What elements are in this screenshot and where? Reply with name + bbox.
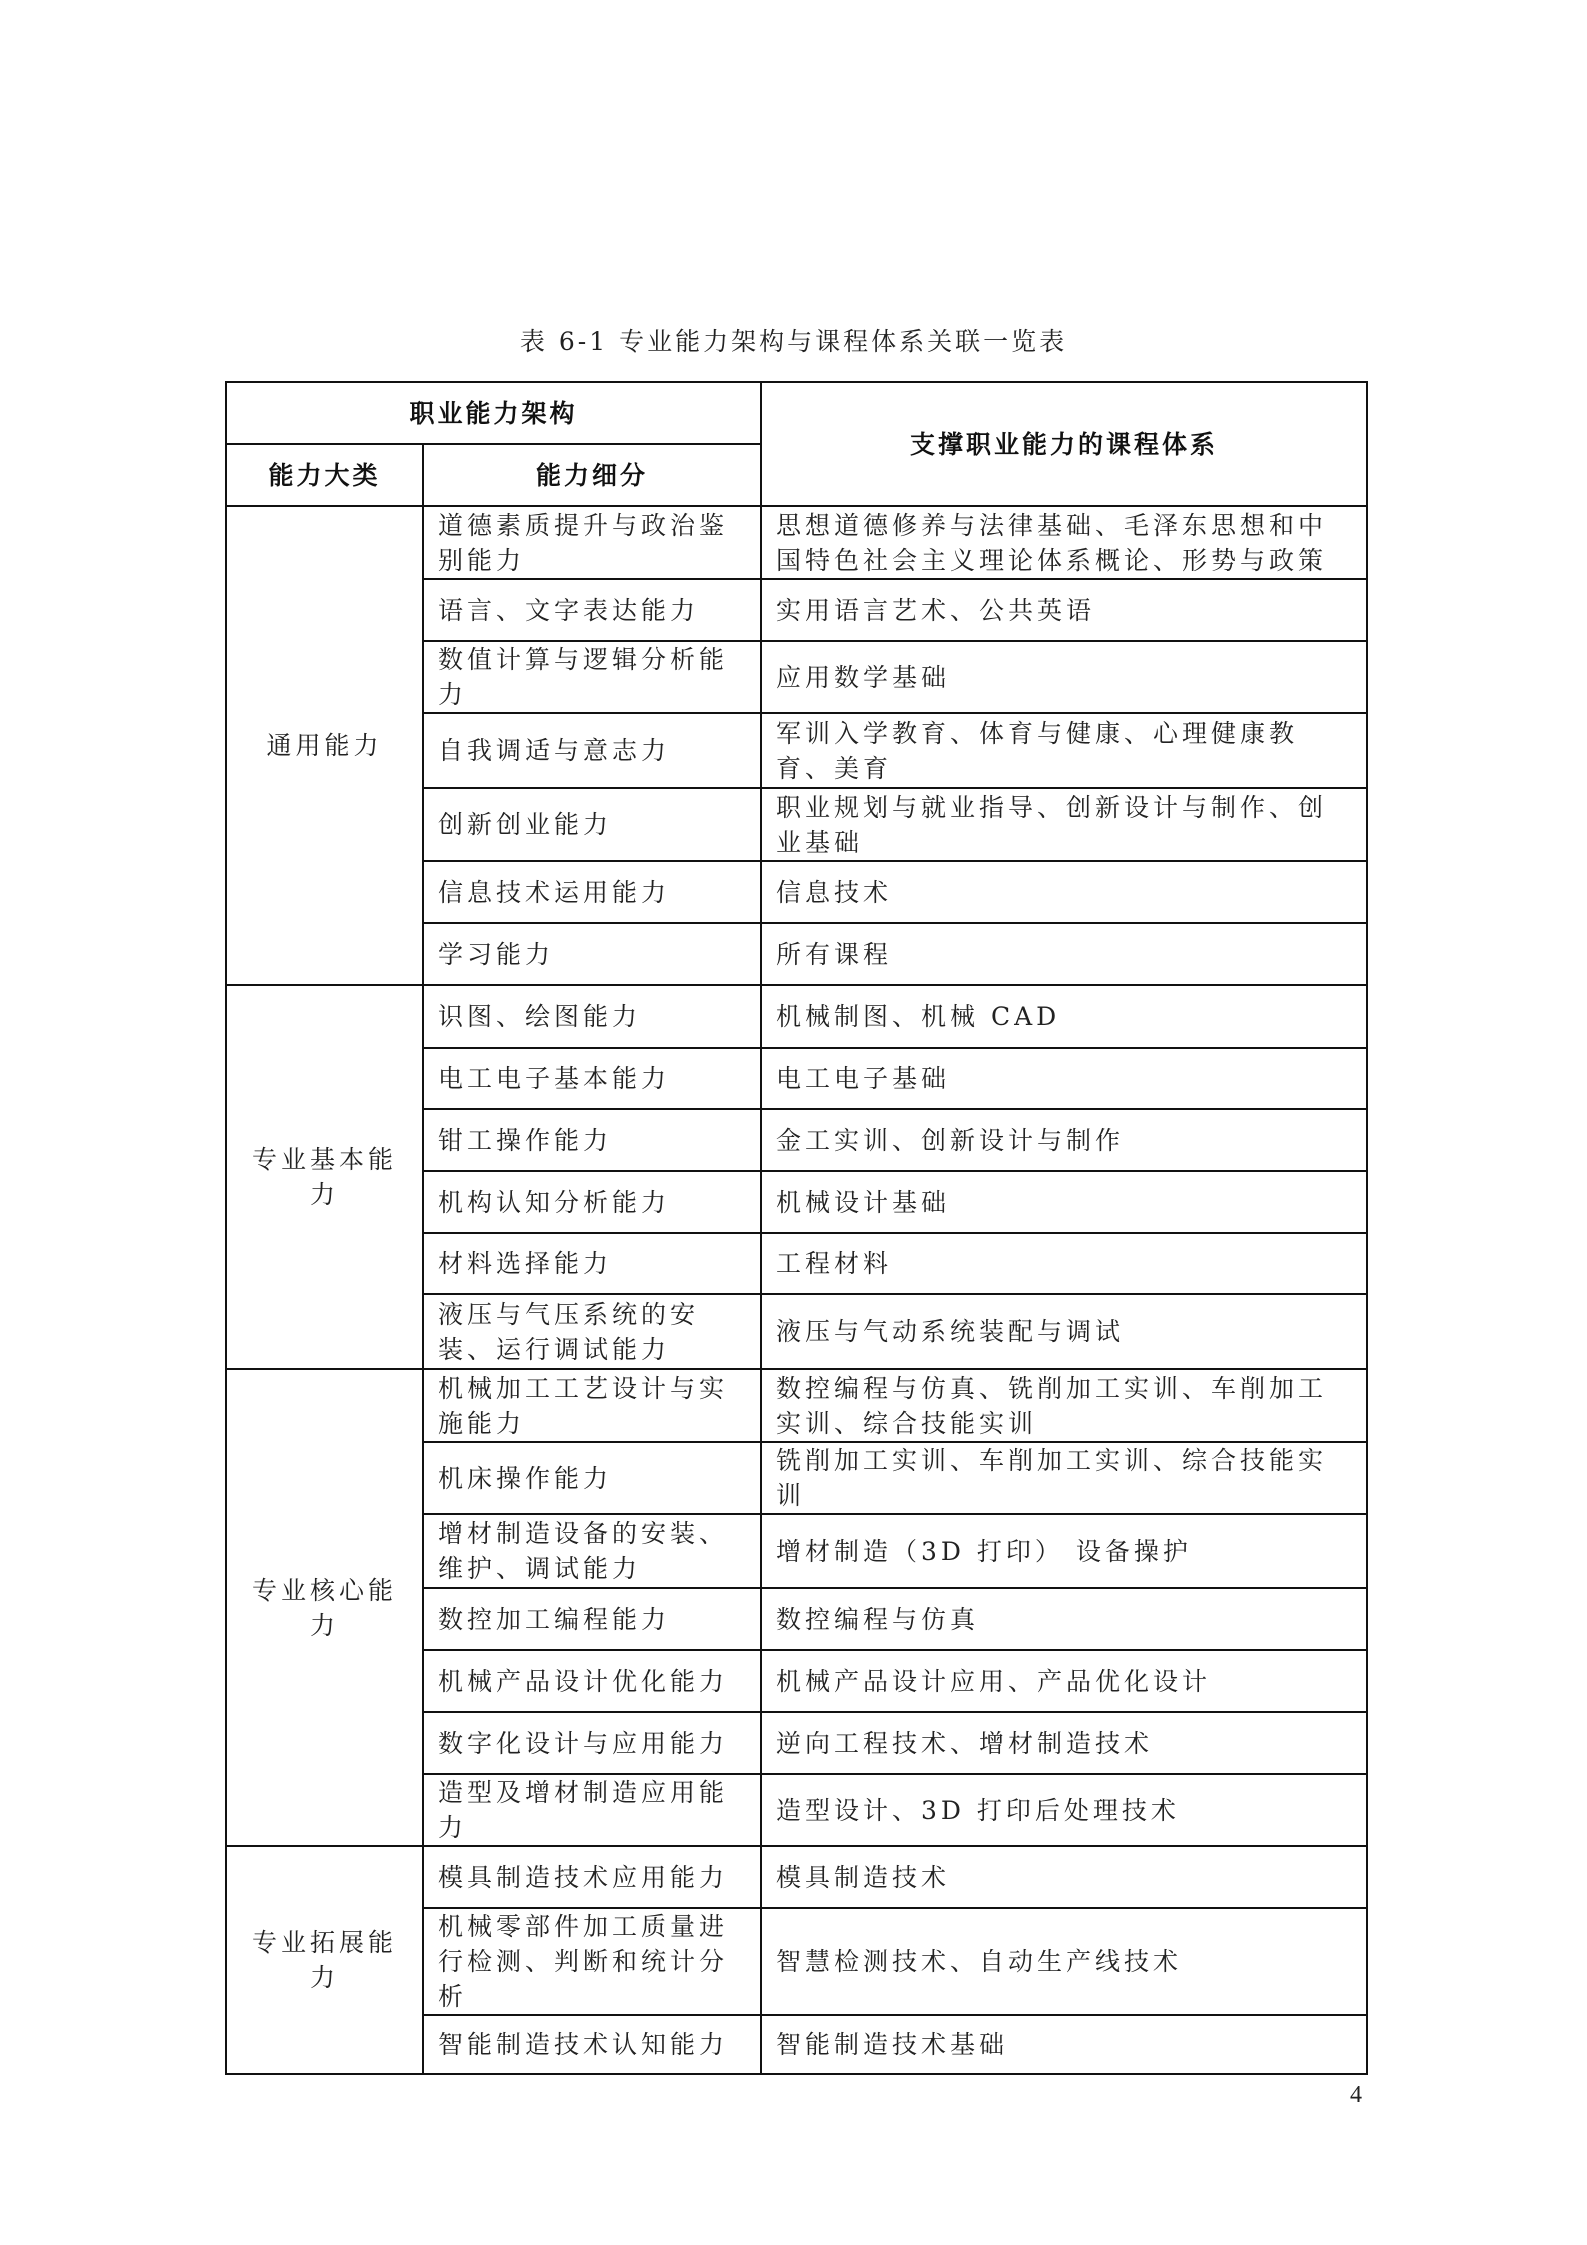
courses-cell: 造型设计、3D 打印后处理技术 <box>761 1774 1367 1846</box>
courses-cell: 思想道德修养与法律基础、毛泽东思想和中国特色社会主义理论体系概论、形势与政策 <box>761 506 1367 579</box>
courses-cell: 金工实训、创新设计与制作 <box>761 1109 1367 1171</box>
courses-cell: 数控编程与仿真、铣削加工实训、车削加工实训、综合技能实训 <box>761 1369 1367 1442</box>
detail-cell: 钳工操作能力 <box>423 1109 761 1171</box>
detail-cell: 智能制造技术认知能力 <box>423 2015 761 2074</box>
table-row: 专业拓展能力 模具制造技术应用能力 模具制造技术 <box>226 1846 1367 1908</box>
courses-cell: 铣削加工实训、车削加工实训、综合技能实训 <box>761 1442 1367 1514</box>
detail-cell: 机械零部件加工质量进行检测、判断和统计分析 <box>423 1908 761 2015</box>
detail-cell: 创新创业能力 <box>423 788 761 861</box>
courses-cell: 逆向工程技术、增材制造技术 <box>761 1712 1367 1774</box>
courses-cell: 液压与气动系统装配与调试 <box>761 1294 1367 1369</box>
detail-cell: 数字化设计与应用能力 <box>423 1712 761 1774</box>
courses-cell: 模具制造技术 <box>761 1846 1367 1908</box>
table-row: 专业核心能力 机械加工工艺设计与实施能力 数控编程与仿真、铣削加工实训、车削加工… <box>226 1369 1367 1442</box>
category-cell: 专业核心能力 <box>226 1369 423 1846</box>
detail-cell: 识图、绘图能力 <box>423 985 761 1048</box>
category-cell: 专业基本能力 <box>226 985 423 1369</box>
courses-cell: 电工电子基础 <box>761 1048 1367 1109</box>
header-category: 能力大类 <box>226 444 423 506</box>
detail-cell: 学习能力 <box>423 923 761 985</box>
header-courses: 支撑职业能力的课程体系 <box>761 382 1367 506</box>
category-cell: 通用能力 <box>226 506 423 985</box>
detail-cell: 机械产品设计优化能力 <box>423 1650 761 1712</box>
courses-cell: 实用语言艺术、公共英语 <box>761 579 1367 641</box>
table-row: 专业基本能力 识图、绘图能力 机械制图、机械 CAD <box>226 985 1367 1048</box>
courses-cell: 所有课程 <box>761 923 1367 985</box>
courses-cell: 机械制图、机械 CAD <box>761 985 1367 1048</box>
detail-cell: 语言、文字表达能力 <box>423 579 761 641</box>
courses-cell: 数控编程与仿真 <box>761 1588 1367 1650</box>
detail-cell: 液压与气压系统的安装、运行调试能力 <box>423 1294 761 1369</box>
courses-cell: 工程材料 <box>761 1233 1367 1294</box>
detail-cell: 电工电子基本能力 <box>423 1048 761 1109</box>
courses-cell: 智能制造技术基础 <box>761 2015 1367 2074</box>
detail-cell: 增材制造设备的安装、维护、调试能力 <box>423 1514 761 1588</box>
ability-course-table: 职业能力架构 支撑职业能力的课程体系 能力大类 能力细分 通用能力 道德素质提升… <box>225 381 1368 2075</box>
detail-cell: 造型及增材制造应用能力 <box>423 1774 761 1846</box>
courses-cell: 机械设计基础 <box>761 1171 1367 1233</box>
detail-cell: 自我调适与意志力 <box>423 713 761 788</box>
courses-cell: 智慧检测技术、自动生产线技术 <box>761 1908 1367 2015</box>
courses-cell: 机械产品设计应用、产品优化设计 <box>761 1650 1367 1712</box>
table-row: 通用能力 道德素质提升与政治鉴别能力 思想道德修养与法律基础、毛泽东思想和中国特… <box>226 506 1367 579</box>
page-number: 4 <box>1350 2082 1362 2109</box>
courses-cell: 应用数学基础 <box>761 641 1367 713</box>
courses-cell: 职业规划与就业指导、创新设计与制作、创业基础 <box>761 788 1367 861</box>
courses-cell: 军训入学教育、体育与健康、心理健康教育、美育 <box>761 713 1367 788</box>
detail-cell: 模具制造技术应用能力 <box>423 1846 761 1908</box>
detail-cell: 数控加工编程能力 <box>423 1588 761 1650</box>
header-detail: 能力细分 <box>423 444 761 506</box>
detail-cell: 数值计算与逻辑分析能力 <box>423 641 761 713</box>
detail-cell: 材料选择能力 <box>423 1233 761 1294</box>
detail-cell: 机构认知分析能力 <box>423 1171 761 1233</box>
courses-cell: 增材制造（3D 打印） 设备操护 <box>761 1514 1367 1588</box>
detail-cell: 机床操作能力 <box>423 1442 761 1514</box>
category-cell: 专业拓展能力 <box>226 1846 423 2074</box>
courses-cell: 信息技术 <box>761 861 1367 923</box>
detail-cell: 信息技术运用能力 <box>423 861 761 923</box>
detail-cell: 机械加工工艺设计与实施能力 <box>423 1369 761 1442</box>
table-caption: 表 6-1 专业能力架构与课程体系关联一览表 <box>0 322 1587 358</box>
header-ability-framework: 职业能力架构 <box>226 382 761 444</box>
detail-cell: 道德素质提升与政治鉴别能力 <box>423 506 761 579</box>
